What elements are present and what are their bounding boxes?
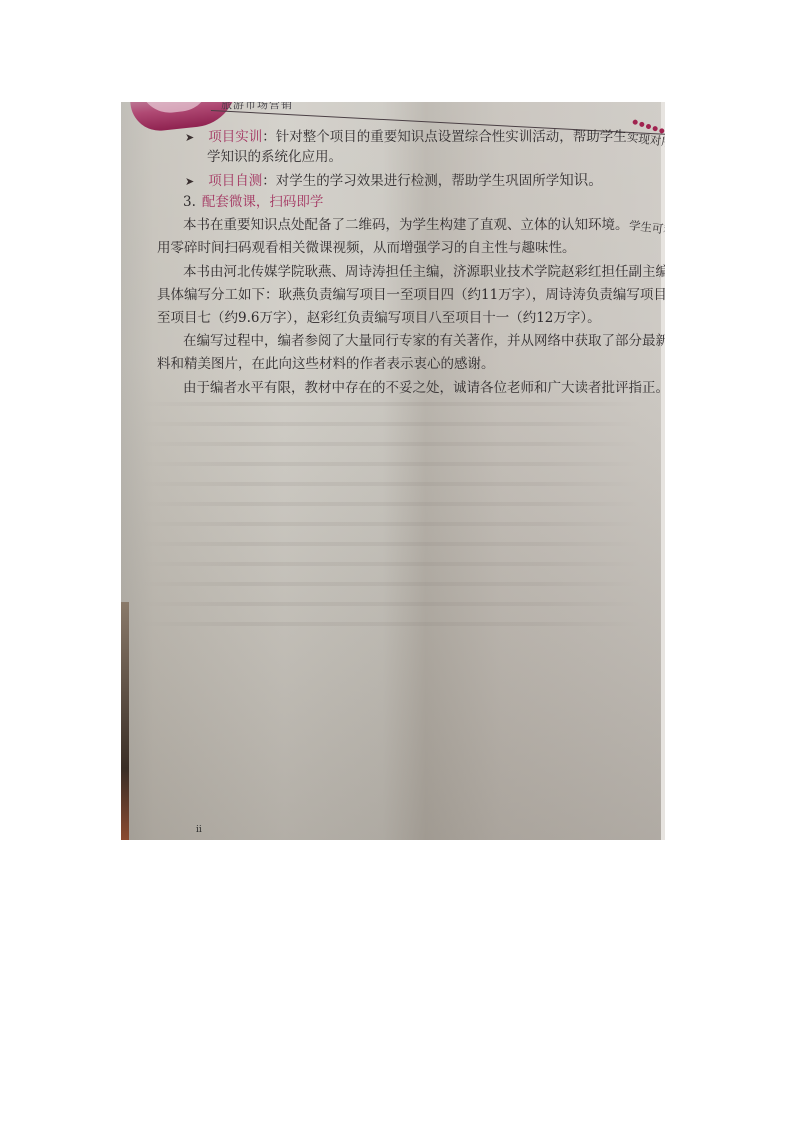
bullet-text-continued: 学知识的系统化应用。	[207, 151, 342, 165]
paragraph-text: 本书在重要知识点处配备了二维码，为学生构建了直观、立体的认知环境。	[183, 217, 629, 233]
paragraph-2-line-2: 具体编写分工如下：耿燕负责编写项目一至项目四（约11万字），周诗涛负责编写项目五	[157, 289, 665, 303]
arrow-bullet-icon: ➤	[185, 175, 194, 188]
paragraph-1-line-1: 本书在重要知识点处配备了二维码，为学生构建了直观、立体的认知环境。学生可利	[183, 219, 665, 233]
bullet-item-project-selftest: ➤项目自测：对学生的学习效果进行检测，帮助学生巩固所学知识。	[185, 174, 603, 189]
paragraph-text-tail: 学生可利	[628, 220, 665, 237]
page-content: ➤项目实训：针对整个项目的重要知识点设置综合性实训活动，帮助学生实现对所 学知识…	[121, 102, 665, 840]
document-photo: 旅游市场营销 ➤项目实训：针对整个项目的重要知识点设置综合性实训活动，帮助学生实…	[121, 102, 665, 840]
bullet-text-tail: 实现对所	[626, 132, 665, 149]
paragraph-3-line-1: 在编写过程中，编者参阅了大量同行专家的有关著作，并从网络中获取了部分最新资	[183, 335, 665, 349]
section-title: 配套微课，扫码即学	[202, 194, 324, 210]
section-number: 3.	[183, 194, 196, 210]
bleed-through-text	[141, 402, 641, 642]
bullet-label: 项目实训	[208, 129, 262, 145]
paragraph-2-line-1: 本书由河北传媒学院耿燕、周诗涛担任主编，济源职业技术学院赵彩红担任副主编。	[183, 266, 665, 280]
section-heading: 3.配套微课，扫码即学	[183, 196, 323, 210]
bullet-label: 项目自测	[208, 173, 262, 189]
paragraph-4-line-1: 由于编者水平有限，教材中存在的不妥之处，诚请各位老师和广大读者批评指正。	[183, 382, 665, 396]
bullet-text: ：对学生的学习效果进行检测，帮助学生巩固所学	[262, 173, 559, 189]
bullet-text-tail: 知识。	[559, 173, 603, 189]
paragraph-3-line-2: 料和精美图片，在此向这些材料的作者表示衷心的感谢。	[157, 358, 495, 372]
bullet-text: ：针对整个项目的重要知识点设置综合性实训活动，帮助学生	[262, 129, 627, 145]
arrow-bullet-icon: ➤	[185, 131, 194, 144]
page-number: ii	[196, 825, 202, 835]
paragraph-2-line-3: 至项目七（约9.6万字），赵彩红负责编写项目八至项目十一（约12万字）。	[157, 312, 601, 326]
bullet-item-project-practice: ➤项目实训：针对整个项目的重要知识点设置综合性实训活动，帮助学生实现对所	[185, 131, 665, 145]
paragraph-1-line-2: 用零碎时间扫码观看相关微课视频，从而增强学习的自主性与趣味性。	[157, 242, 576, 256]
